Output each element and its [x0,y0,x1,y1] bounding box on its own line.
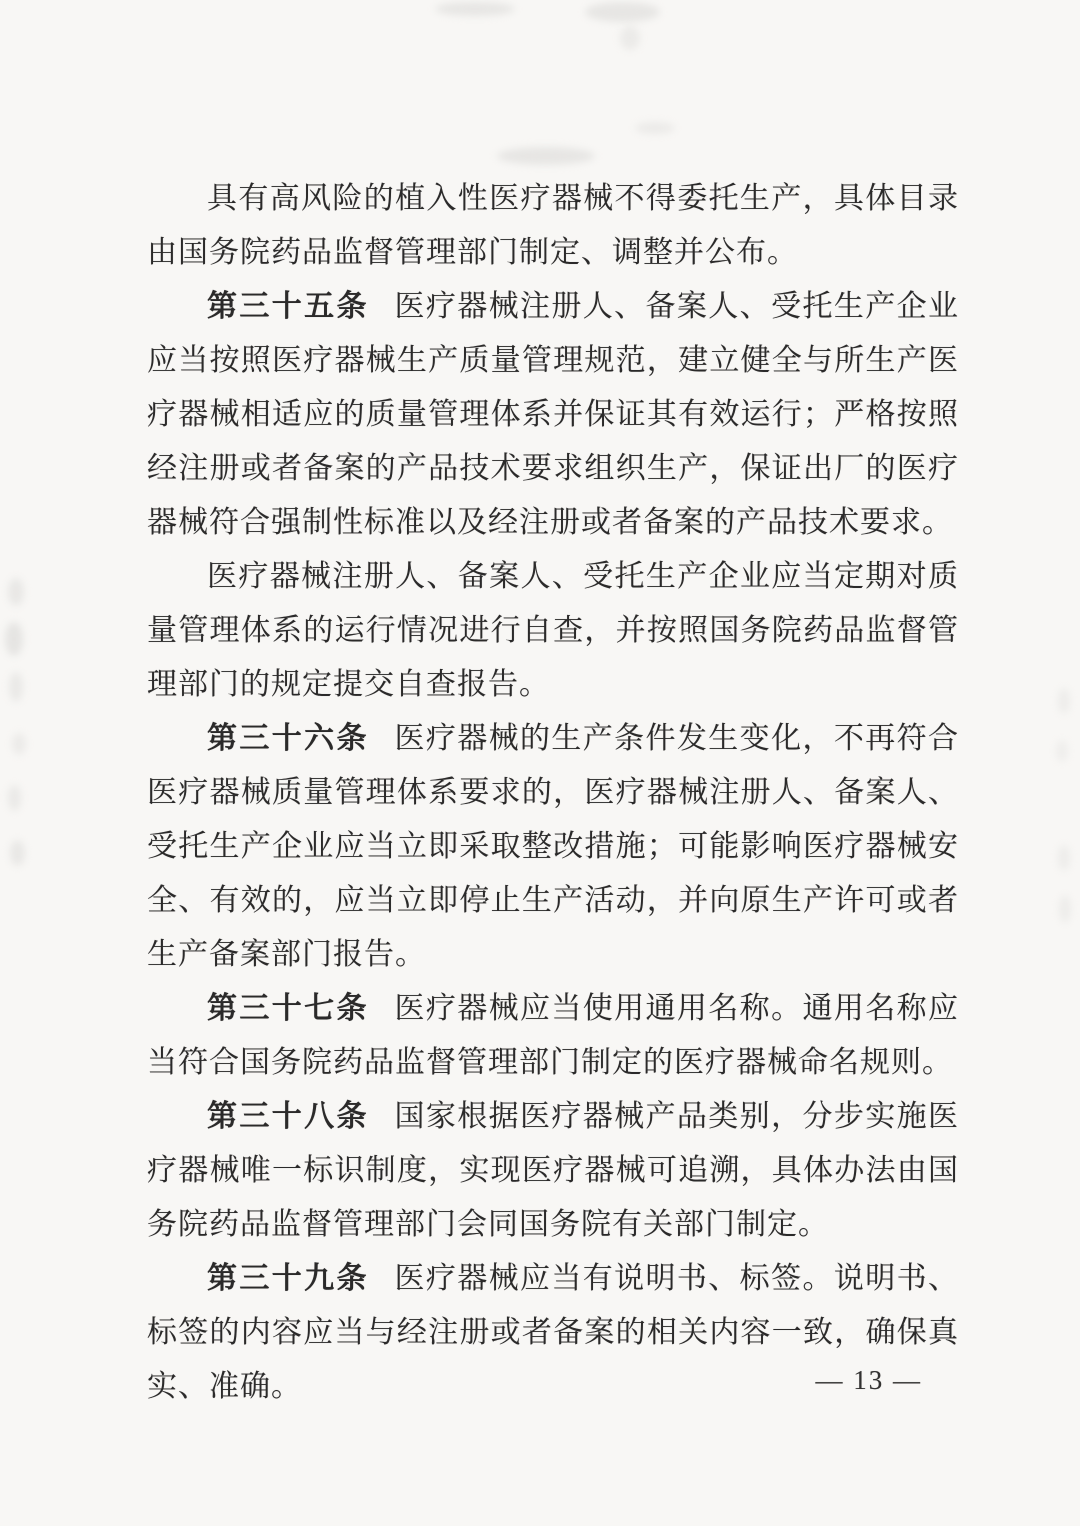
paragraph-text: 医疗器械注册人、备案人、受托生产企业应当按照医疗器械生产质量管理规范，建立健全与… [147,290,959,539]
document-body: 具有高风险的植入性医疗器械不得委托生产，具体目录由国务院药品监督管理部门制定、调… [147,172,959,1414]
article-number: 第三十八条 [207,1099,369,1134]
paragraph-text: 具有高风险的植入性医疗器械不得委托生产，具体目录由国务院药品监督管理部门制定、调… [147,182,959,269]
page-number: — 13 — [816,1365,923,1396]
scan-smudge [5,622,23,656]
scan-smudge [8,578,24,606]
scan-smudge [9,672,23,702]
scan-smudge [1059,895,1071,923]
paragraph-text: 医疗器械注册人、备案人、受托生产企业应当定期对质量管理体系的运行情况进行自查，并… [147,560,959,701]
article-number: 第三十六条 [207,721,369,756]
scan-smudge [1058,688,1070,714]
scanned-document-page: 具有高风险的植入性医疗器械不得委托生产，具体目录由国务院药品监督管理部门制定、调… [0,0,1080,1526]
paragraph: 医疗器械注册人、备案人、受托生产企业应当定期对质量管理体系的运行情况进行自查，并… [147,550,959,712]
scan-smudge [435,2,515,16]
scan-smudge [10,840,25,866]
scan-smudge [8,785,21,811]
article-number: 第三十五条 [207,289,369,324]
scan-smudge [635,122,675,134]
scan-smudge [12,733,26,755]
scan-smudge [585,2,660,22]
scan-smudge [1058,845,1070,871]
paragraph-article-36: 第三十六条医疗器械的生产条件发生变化，不再符合医疗器械质量管理体系要求的，医疗器… [147,712,959,982]
scan-smudge [497,147,595,165]
paragraph-article-37: 第三十七条医疗器械应当使用通用名称。通用名称应当符合国务院药品监督管理部门制定的… [147,982,959,1090]
scan-smudge [1056,740,1068,762]
paragraph-article-35: 第三十五条医疗器械注册人、备案人、受托生产企业应当按照医疗器械生产质量管理规范，… [147,280,959,550]
article-number: 第三十九条 [207,1261,369,1296]
scan-smudge [620,26,640,50]
paragraph-article-38: 第三十八条国家根据医疗器械产品类别，分步实施医疗器械唯一标识制度，实现医疗器械可… [147,1090,959,1252]
paragraph: 具有高风险的植入性医疗器械不得委托生产，具体目录由国务院药品监督管理部门制定、调… [147,172,959,280]
paragraph-text: 医疗器械的生产条件发生变化，不再符合医疗器械质量管理体系要求的，医疗器械注册人、… [147,722,959,971]
article-number: 第三十七条 [207,991,369,1026]
